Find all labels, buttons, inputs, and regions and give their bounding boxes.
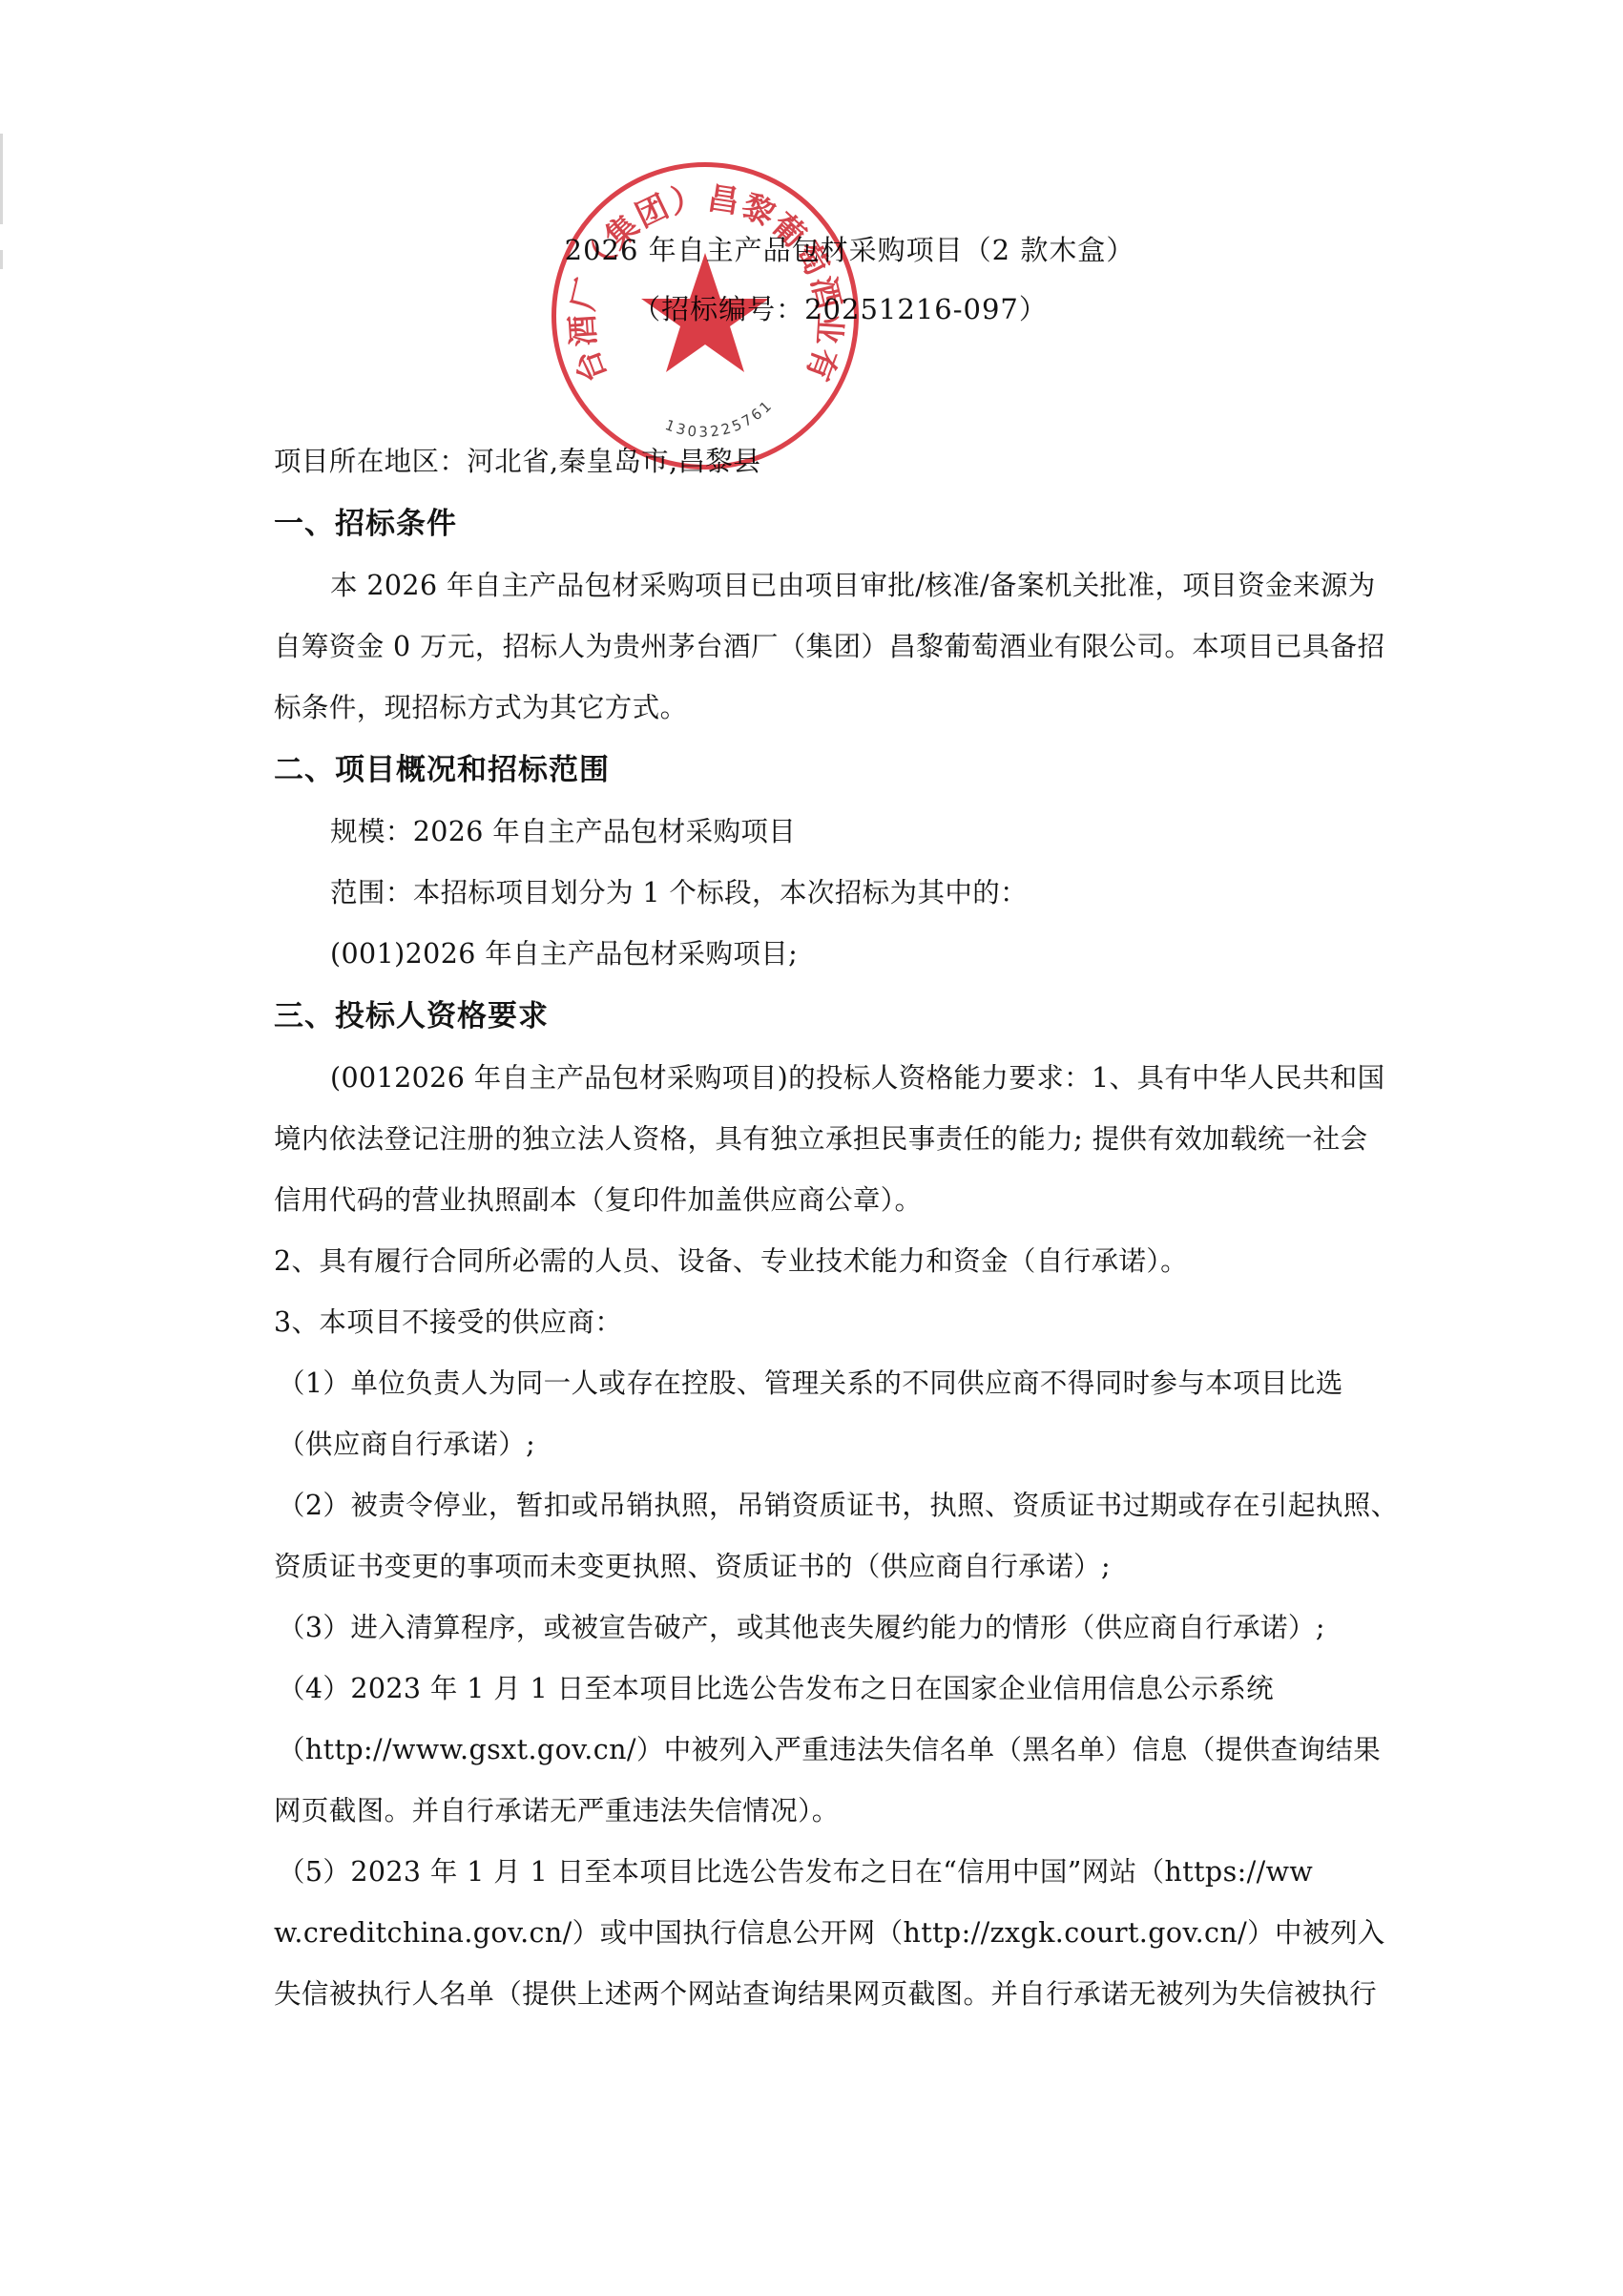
project-region: 项目所在地区：河北省,秦皇岛市,昌黎县 xyxy=(274,431,1362,492)
lot-line: (001)2026 年自主产品包材采购项目; xyxy=(274,924,1362,985)
tender-number: （招标编号：20251216-097） xyxy=(0,288,1623,327)
section-heading-project-overview: 二、项目概况和招标范围 xyxy=(274,739,1362,802)
exclusion-item: （2）被责令停业，暂扣或吊销执照，吊销资质证书，执照、资质证书过期或存在引起执照… xyxy=(274,1475,1362,1536)
exclusion-item: （供应商自行承诺）; xyxy=(274,1414,1362,1475)
exclusion-item: （5）2023 年 1 月 1 日至本项目比选公告发布之日在“信用中国”网站（h… xyxy=(274,1842,1362,1903)
document-page: 2026 年自主产品包材采购项目（2 款木盒） （招标编号：20251216-0… xyxy=(0,0,1623,2296)
requirement-item: 2、具有履行合同所必需的人员、设备、专业技术能力和资金（自行承诺）。 xyxy=(274,1231,1362,1292)
scan-edge-mark xyxy=(0,134,3,224)
requirement-item: 3、本项目不接受的供应商： xyxy=(274,1292,1362,1353)
exclusion-item: （http://www.gsxt.gov.cn/）中被列入严重违法失信名单（黑名… xyxy=(274,1720,1362,1781)
paragraph-line: 境内依法登记注册的独立法人资格，具有独立承担民事责任的能力; 提供有效加载统一社… xyxy=(274,1109,1362,1170)
exclusion-item: （3）进入清算程序，或被宣告破产，或其他丧失履约能力的情形（供应商自行承诺）; xyxy=(274,1597,1362,1659)
paragraph-line: (0012026 年自主产品包材采购项目)的投标人资格能力要求：1、具有中华人民… xyxy=(274,1048,1362,1109)
section-heading-tender-conditions: 一、招标条件 xyxy=(274,492,1362,555)
paragraph-line: 自筹资金 0 万元，招标人为贵州茅台酒厂（集团）昌黎葡萄酒业有限公司。本项目已具… xyxy=(274,616,1362,678)
scale-line: 规模：2026 年自主产品包材采购项目 xyxy=(274,802,1362,863)
document-title: 2026 年自主产品包材采购项目（2 款木盒） xyxy=(0,229,1623,268)
exclusion-item: 网页截图。并自行承诺无严重违法失信情况）。 xyxy=(274,1781,1362,1842)
exclusion-item: （1）单位负责人为同一人或存在控股、管理关系的不同供应商不得同时参与本项目比选 xyxy=(274,1353,1362,1414)
seal-ring-text: 贵州茅台酒厂（集团）昌黎葡萄酒业有限公司 xyxy=(551,162,849,387)
exclusion-item: w.creditchina.gov.cn/）或中国执行信息公开网（http://… xyxy=(274,1903,1362,1964)
section-heading-bidder-qualifications: 三、投标人资格要求 xyxy=(274,985,1362,1048)
paragraph-line: 标条件，现招标方式为其它方式。 xyxy=(274,678,1362,739)
exclusion-item: 失信被执行人名单（提供上述两个网站查询结果网页截图。并自行承诺无被列为失信被执行 xyxy=(274,1964,1362,2025)
exclusion-item: （4）2023 年 1 月 1 日至本项目比选公告发布之日在国家企业信用信息公示… xyxy=(274,1659,1362,1720)
document-body: 项目所在地区：河北省,秦皇岛市,昌黎县 一、招标条件 本 2026 年自主产品包… xyxy=(274,431,1362,2025)
scope-line: 范围：本招标项目划分为 1 个标段，本次招标为其中的： xyxy=(274,863,1362,924)
exclusion-item: 资质证书变更的事项而未变更执照、资质证书的（供应商自行承诺）; xyxy=(274,1536,1362,1597)
paragraph-line: 信用代码的营业执照副本（复印件加盖供应商公章）。 xyxy=(274,1170,1362,1231)
paragraph-line: 本 2026 年自主产品包材采购项目已由项目审批/核准/备案机关批准，项目资金来… xyxy=(274,555,1362,616)
